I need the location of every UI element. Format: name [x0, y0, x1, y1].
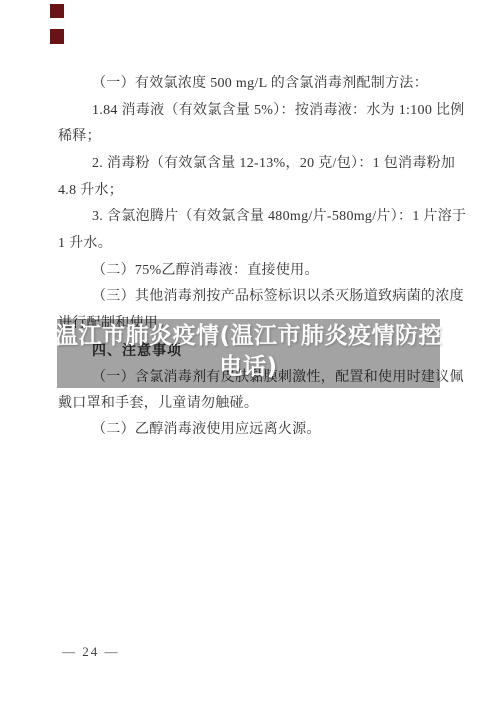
doc-line: 1 升水。 — [58, 234, 444, 253]
doc-line: 4.8 升水； — [58, 181, 444, 200]
doc-line: 3. 含氯泡腾片（有效氯含量 480mg/片-580mg/片）：1 片溶于 — [58, 207, 478, 226]
red-square-marker — [50, 4, 64, 18]
red-square-marker — [50, 29, 64, 44]
document-page: （一）有效氯浓度 500 mg/L 的含氯消毒剂配制方法： 1.84 消毒液（有… — [0, 0, 500, 706]
doc-line: （一）有效氯浓度 500 mg/L 的含氯消毒剂配制方法： — [58, 74, 478, 93]
watermark-title-line2: 电话) — [219, 352, 277, 383]
doc-line: （三）其他消毒剂按产品标签标识以杀灭肠道致病菌的浓度 — [58, 287, 478, 306]
doc-line: 稀释； — [58, 127, 444, 146]
watermark-title-overlay[interactable]: 温江市肺炎疫情(温江市肺炎疫情防控 电话) — [57, 319, 440, 388]
doc-line: （二）75%乙醇消毒液：直接使用。 — [58, 261, 478, 280]
watermark-title-line1: 温江市肺炎疫情(温江市肺炎疫情防控 — [55, 321, 442, 352]
doc-line: （二）乙醇消毒液使用应远离火源。 — [58, 420, 478, 439]
doc-line: 2. 消毒粉（有效氯含量 12-13%，20 克/包）：1 包消毒粉加 — [58, 154, 478, 173]
page-number: — 24 — — [62, 644, 120, 660]
doc-line: 1.84 消毒液（有效氯含量 5%）：按消毒液：水为 1:100 比例 — [58, 101, 478, 120]
doc-line: 戴口罩和手套，儿童请勿触碰。 — [58, 394, 444, 413]
